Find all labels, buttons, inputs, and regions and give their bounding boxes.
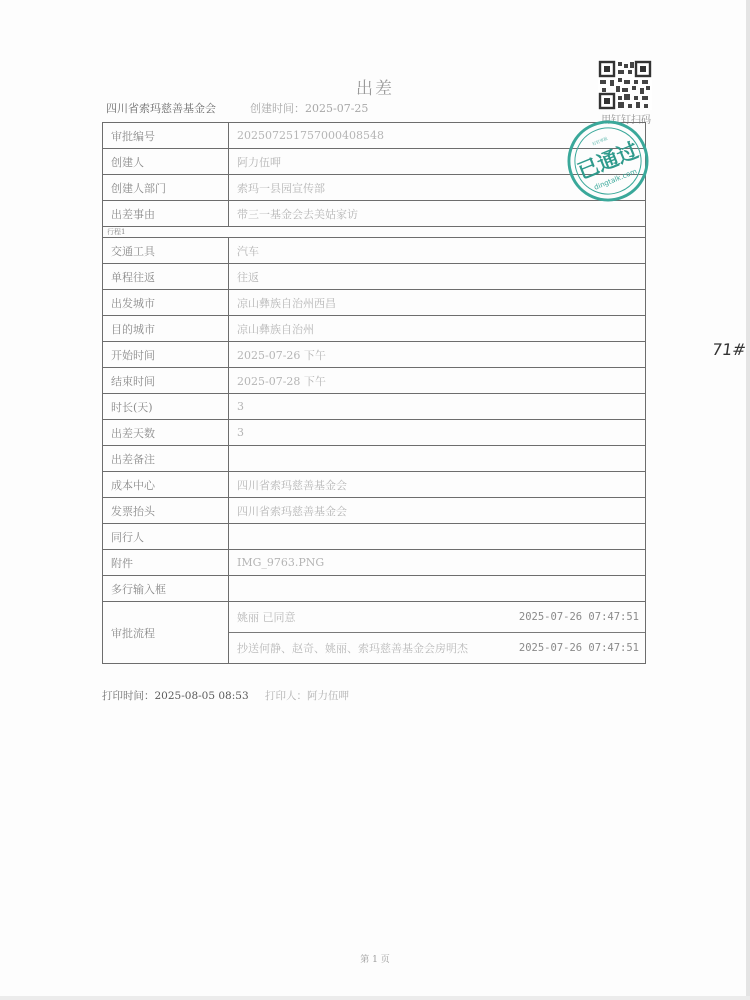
organization-name: 四川省索玛慈善基金会 bbox=[106, 100, 216, 116]
field-label: 单程往返 bbox=[103, 264, 229, 290]
approval-step-text: 抄送何静、赵奇、姚丽、索玛慈善基金会房明杰 bbox=[237, 640, 468, 656]
field-label: 开始时间 bbox=[103, 342, 229, 368]
form-row: 时长(天)3 bbox=[103, 394, 646, 420]
field-value: 3 bbox=[229, 420, 646, 446]
approval-flow-label: 审批流程 bbox=[103, 602, 229, 664]
field-value: 2025-07-28 下午 bbox=[229, 368, 646, 394]
field-value bbox=[229, 446, 646, 472]
approved-stamp-icon: 已通过 dingtalk.com 钉钉审批 bbox=[565, 118, 651, 204]
form-row: 附件IMG_9763.PNG bbox=[103, 550, 646, 576]
field-label: 目的城市 bbox=[103, 316, 229, 342]
approval-step-time: 2025-07-26 07:47:51 bbox=[519, 611, 639, 623]
field-value: 汽车 bbox=[229, 238, 646, 264]
field-label: 结束时间 bbox=[103, 368, 229, 394]
page-bottom-edge bbox=[0, 996, 750, 1000]
form-row: 出差事由带三一基金会去美姑家访 bbox=[103, 201, 646, 227]
page-number: 第 1 页 bbox=[0, 952, 750, 965]
approval-step: 姚丽 已同意 2025-07-26 07:47:51 bbox=[229, 602, 645, 632]
print-time: 打印时间：2025-08-05 08:53 bbox=[102, 688, 249, 703]
form-row: 单程往返往返 bbox=[103, 264, 646, 290]
field-value: 凉山彝族自治州 bbox=[229, 316, 646, 342]
field-label: 同行人 bbox=[103, 524, 229, 550]
field-label: 出发城市 bbox=[103, 290, 229, 316]
field-value bbox=[229, 576, 646, 602]
field-label: 出差备注 bbox=[103, 446, 229, 472]
approval-step-time: 2025-07-26 07:47:51 bbox=[519, 642, 639, 654]
form-row: 同行人 bbox=[103, 524, 646, 550]
field-label: 出差事由 bbox=[103, 201, 229, 227]
field-value: 四川省索玛慈善基金会 bbox=[229, 498, 646, 524]
form-row: 开始时间2025-07-26 下午 bbox=[103, 342, 646, 368]
handwritten-note: 71# bbox=[711, 340, 747, 359]
form-row: 出差天数3 bbox=[103, 420, 646, 446]
field-label: 发票抬头 bbox=[103, 498, 229, 524]
page-edge bbox=[746, 0, 750, 1000]
qr-code-icon bbox=[598, 60, 652, 110]
field-label: 交通工具 bbox=[103, 238, 229, 264]
field-label: 审批编号 bbox=[103, 123, 229, 149]
field-label: 多行输入框 bbox=[103, 576, 229, 602]
section-row: 行程1 bbox=[103, 227, 646, 238]
form-row: 目的城市凉山彝族自治州 bbox=[103, 316, 646, 342]
form-row: 出发城市凉山彝族自治州西昌 bbox=[103, 290, 646, 316]
form-row: 多行输入框 bbox=[103, 576, 646, 602]
print-time-label: 打印时间： bbox=[102, 690, 155, 702]
form-row: 成本中心四川省索玛慈善基金会 bbox=[103, 472, 646, 498]
approval-step-text: 姚丽 已同意 bbox=[237, 609, 296, 625]
form-row: 出差备注 bbox=[103, 446, 646, 472]
field-label: 创建人 bbox=[103, 149, 229, 175]
print-time-value: 2025-08-05 08:53 bbox=[155, 690, 249, 702]
field-value: 四川省索玛慈善基金会 bbox=[229, 472, 646, 498]
field-value: 3 bbox=[229, 394, 646, 420]
field-value: 凉山彝族自治州西昌 bbox=[229, 290, 646, 316]
created-time: 创建时间：2025-07-25 bbox=[250, 100, 368, 116]
field-value: IMG_9763.PNG bbox=[229, 550, 646, 576]
field-label: 出差天数 bbox=[103, 420, 229, 446]
form-row: 结束时间2025-07-28 下午 bbox=[103, 368, 646, 394]
approval-flow-row: 审批流程 姚丽 已同意 2025-07-26 07:47:51 抄送何静、赵奇、… bbox=[103, 602, 646, 664]
approval-step: 抄送何静、赵奇、姚丽、索玛慈善基金会房明杰 2025-07-26 07:47:5… bbox=[229, 632, 645, 663]
field-label: 时长(天) bbox=[103, 394, 229, 420]
field-label: 创建人部门 bbox=[103, 175, 229, 201]
form-row: 交通工具汽车 bbox=[103, 238, 646, 264]
printer-name: 打印人：阿力伍呷 bbox=[265, 688, 349, 703]
section-label: 行程1 bbox=[103, 227, 646, 238]
field-label: 附件 bbox=[103, 550, 229, 576]
svg-text:钉钉审批: 钉钉审批 bbox=[591, 135, 608, 147]
field-label: 成本中心 bbox=[103, 472, 229, 498]
approval-flow-steps: 姚丽 已同意 2025-07-26 07:47:51 抄送何静、赵奇、姚丽、索玛… bbox=[229, 602, 646, 664]
form-row: 发票抬头四川省索玛慈善基金会 bbox=[103, 498, 646, 524]
field-value: 2025-07-26 下午 bbox=[229, 342, 646, 368]
field-value bbox=[229, 524, 646, 550]
field-value: 往返 bbox=[229, 264, 646, 290]
field-value: 带三一基金会去美姑家访 bbox=[229, 201, 646, 227]
